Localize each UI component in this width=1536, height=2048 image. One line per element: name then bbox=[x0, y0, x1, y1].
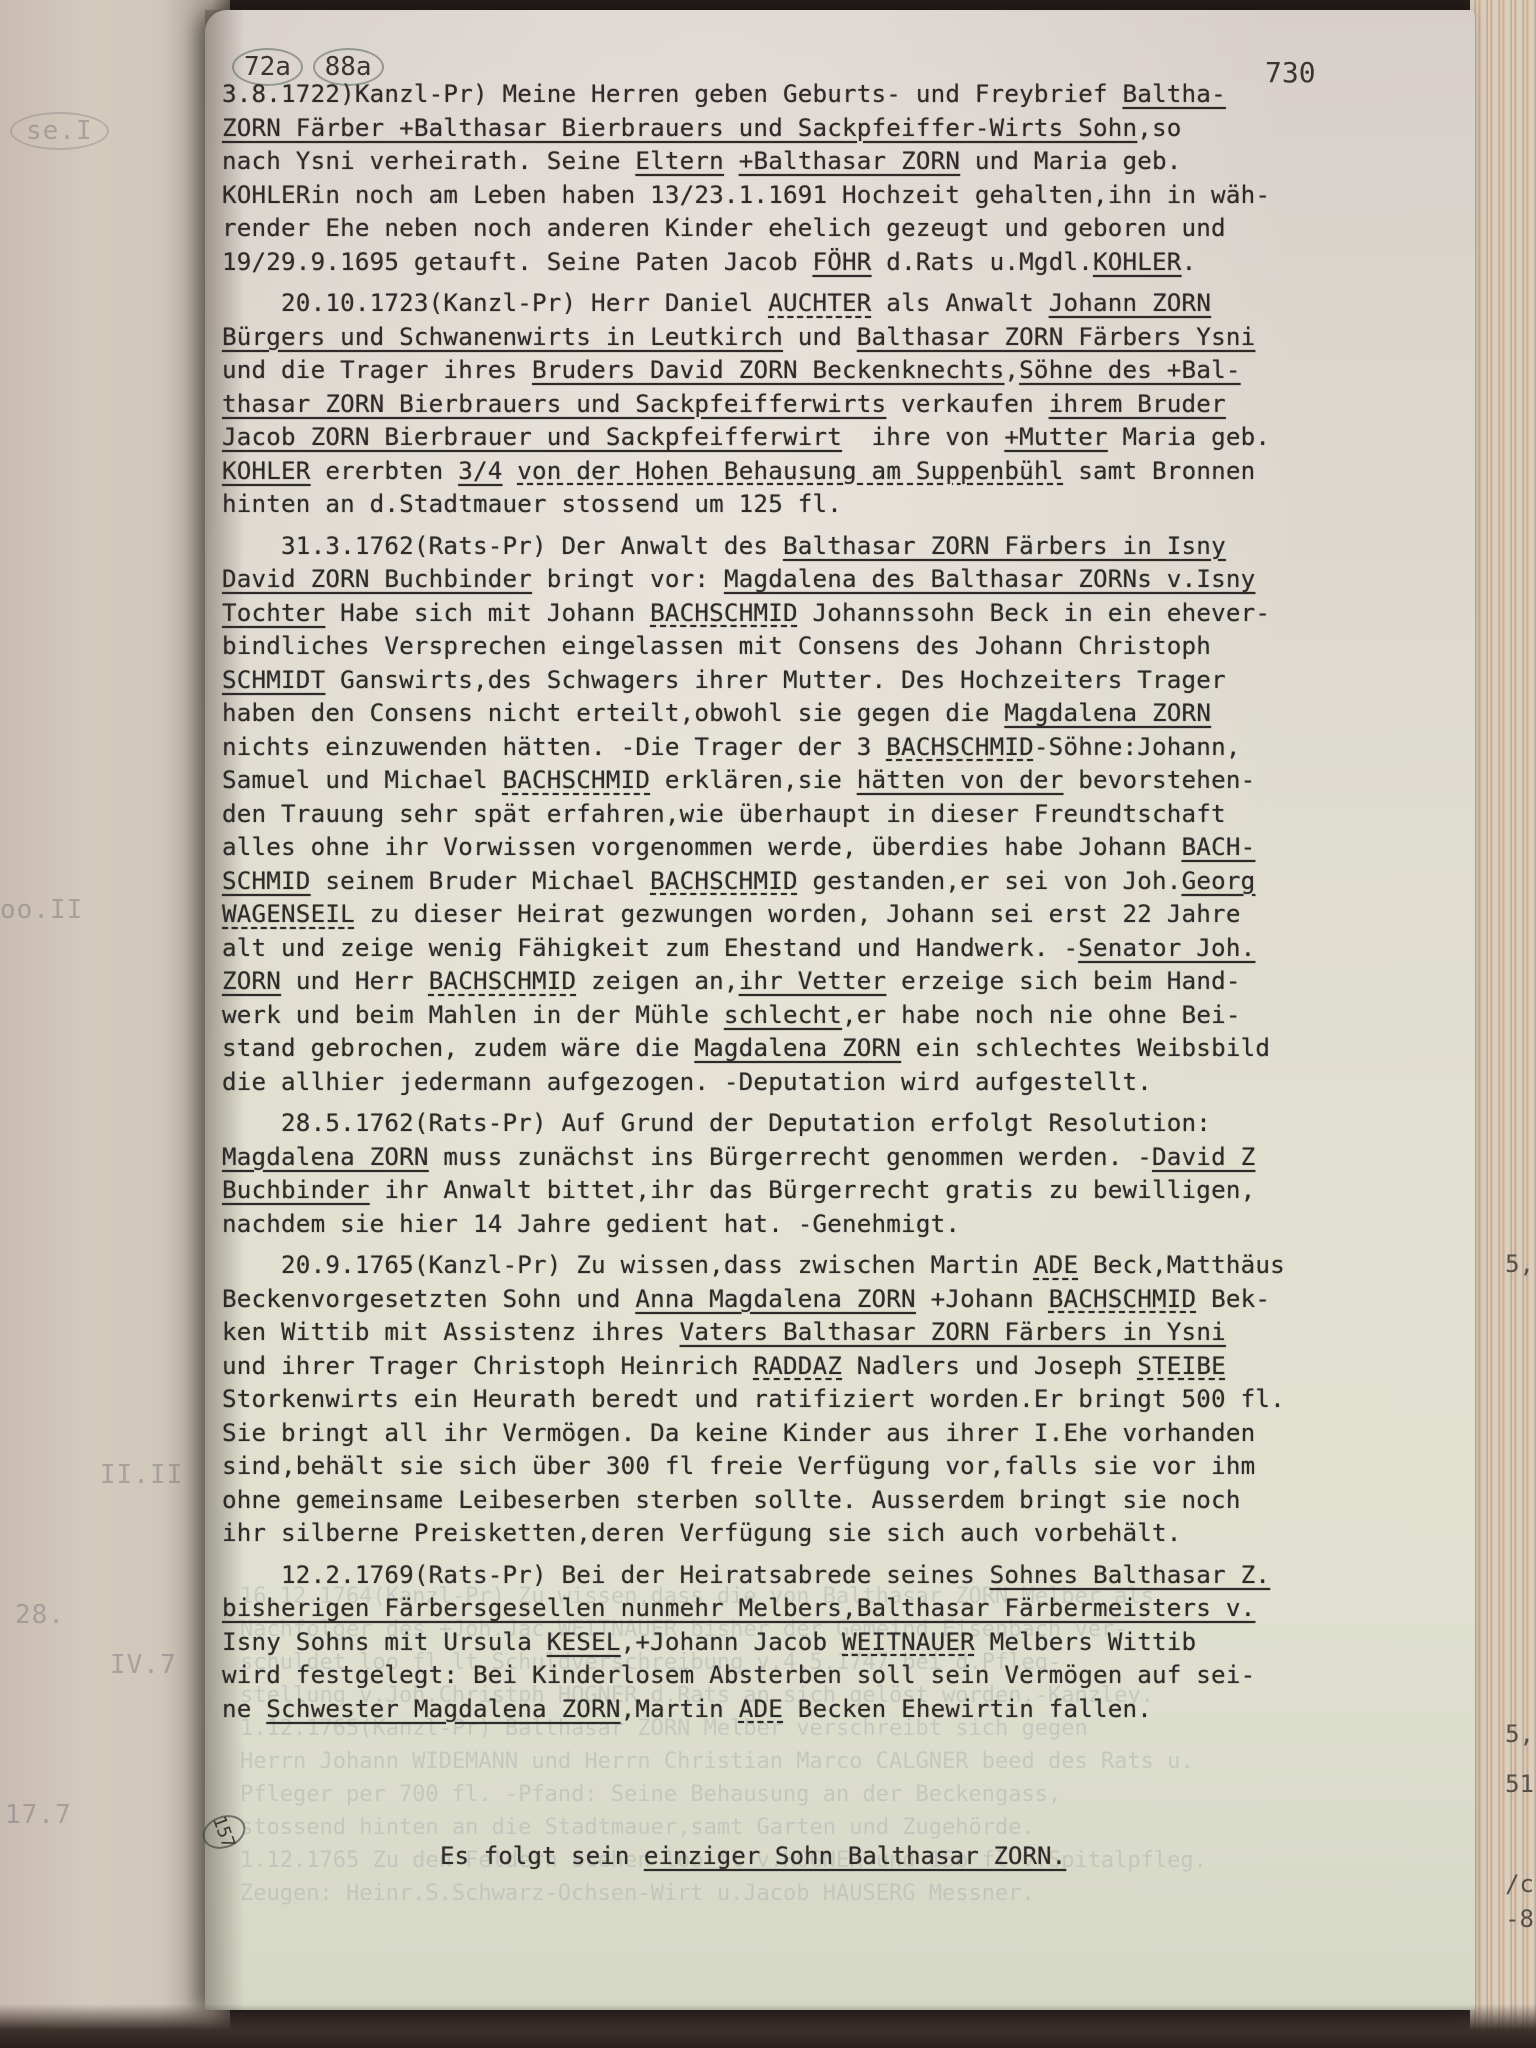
text-line: hinten an d.Stadtmauer stossend um 125 f… bbox=[222, 488, 1442, 522]
underlined-text: Balthasar ZORN Färbers Ysni bbox=[857, 323, 1256, 351]
text-run: haben den Consens nicht erteilt,obwohl s… bbox=[222, 699, 1004, 727]
dashed-underlined-text: AUCHTER bbox=[768, 289, 871, 317]
text-line: sind,behält sie sich über 300 fl freie V… bbox=[222, 1450, 1442, 1484]
text-run: ihre von bbox=[842, 423, 1004, 451]
text-line: Jacob ZORN Bierbrauer und Sackpfeifferwi… bbox=[222, 421, 1442, 455]
text-run: und bbox=[783, 323, 857, 351]
entry-paragraph-p5: 20.9.1765(Kanzl-Pr) Zu wissen,dass zwisc… bbox=[222, 1249, 1442, 1551]
underlined-text: Eltern bbox=[635, 147, 724, 175]
text-run: bringt vor: bbox=[532, 565, 724, 593]
text-line: die allhier jedermann aufgezogen. -Deput… bbox=[222, 1066, 1442, 1100]
text-line: ken Wittib mit Assistenz ihres Vaters Ba… bbox=[222, 1316, 1442, 1350]
underlined-text: SCHMIDT bbox=[222, 666, 325, 694]
dashed-underlined-text: von der Hohen Behausung am Suppenbühl bbox=[517, 457, 1063, 485]
text-run: Johannssohn Beck in ein ehever- bbox=[798, 599, 1270, 627]
text-line: SCHMIDT Ganswirts,des Schwagers ihrer Mu… bbox=[222, 664, 1442, 698]
text-run: Samuel und Michael bbox=[222, 766, 502, 794]
underlined-text: Bürgers und Schwanenwirts in Leutkirch bbox=[222, 323, 783, 351]
underlined-text: David ZORN Buchbinder bbox=[222, 565, 532, 593]
text-line: ihr silberne Preisketten,deren Verfügung… bbox=[222, 1517, 1442, 1551]
underlined-text: Schwester Magdalena ZORN bbox=[266, 1695, 620, 1723]
underlined-text: Jacob ZORN Bierbrauer und Sackpfeifferwi… bbox=[222, 423, 842, 451]
text-run: ihr silberne Preisketten,deren Verfügung… bbox=[222, 1519, 1182, 1547]
underlined-text: Senator Joh. bbox=[1078, 934, 1255, 962]
text-run: verkaufen bbox=[886, 390, 1048, 418]
text-run: alt und zeige wenig Fähigkeit zum Ehesta… bbox=[222, 934, 1078, 962]
right-edge-fragment: 5, bbox=[1505, 1720, 1534, 1748]
text-line: Buchbinder ihr Anwalt bittet,ihr das Bür… bbox=[222, 1174, 1442, 1208]
underlined-text: SCHMID bbox=[222, 867, 311, 895]
right-edge-fragment: 5, bbox=[1505, 1250, 1534, 1278]
text-run: Storkenwirts ein Heurath beredt und rati… bbox=[222, 1385, 1285, 1413]
text-run: den Trauung sehr spät erfahren,wie überh… bbox=[222, 800, 1226, 828]
underlined-text: FÖHR bbox=[812, 248, 871, 276]
text-line: nichts einzuwenden hätten. -Die Trager d… bbox=[222, 731, 1442, 765]
text-run: hinten an d.Stadtmauer stossend um 125 f… bbox=[222, 490, 842, 518]
underlined-text: ihrem Bruder bbox=[1049, 390, 1226, 418]
underlined-text: Tochter bbox=[222, 599, 325, 627]
dashed-underlined-text: WEITNAUER bbox=[842, 1628, 975, 1656]
underlined-text: bisherigen Färbersgesellen nunmehr Melbe… bbox=[222, 1594, 1255, 1622]
text-run: Bek- bbox=[1196, 1285, 1270, 1313]
underlined-text: KOHLER bbox=[1093, 248, 1182, 276]
text-run: ohne gemeinsame Leibeserben sterben soll… bbox=[222, 1486, 1241, 1514]
entry-paragraph-p4: 28.5.1762(Rats-Pr) Auf Grund der Deputat… bbox=[222, 1107, 1442, 1241]
right-edge-fragment: 51 bbox=[1505, 1770, 1534, 1798]
left-page-fragment: II.II bbox=[100, 1460, 183, 1490]
text-run: 19/29.9.1695 getauft. Seine Paten Jacob bbox=[222, 248, 812, 276]
text-line: ZORN Färber +Balthasar Bierbrauers und S… bbox=[222, 112, 1442, 146]
text-run: Isny Sohns mit Ursula bbox=[222, 1628, 547, 1656]
underlined-text: einziger Sohn Balthasar ZORN. bbox=[644, 1842, 1066, 1870]
left-facing-page: se.I oo.II II.II 28. IV.7 17.7 bbox=[0, 0, 230, 2048]
text-run: werk und beim Mahlen in der Mühle bbox=[222, 1001, 724, 1029]
text-line: Magdalena ZORN muss zunächst ins Bürgerr… bbox=[222, 1141, 1442, 1175]
text-run: und ihrer Trager Christoph Heinrich bbox=[222, 1352, 753, 1380]
underlined-text: Vaters Balthasar ZORN Färbers in Ysni bbox=[680, 1318, 1226, 1346]
underlined-text: Söhne des +Bal- bbox=[1019, 356, 1240, 384]
text-run: nach Ysni verheirath. Seine bbox=[222, 147, 635, 175]
text-run: +Johann bbox=[916, 1285, 1049, 1313]
entry-paragraph-p3: 31.3.1762(Rats-Pr) Der Anwalt des Baltha… bbox=[222, 530, 1442, 1100]
text-run: . bbox=[1182, 248, 1197, 276]
text-line: stand gebrochen, zudem wäre die Magdalen… bbox=[222, 1032, 1442, 1066]
text-run: nachdem sie hier 14 Jahre gedient hat. -… bbox=[222, 1210, 960, 1238]
underlined-text: KESEL bbox=[547, 1628, 621, 1656]
underlined-text: ihr Vetter bbox=[739, 967, 887, 995]
dashed-underlined-text: ADE bbox=[739, 1695, 783, 1723]
text-line: 20.9.1765(Kanzl-Pr) Zu wissen,dass zwisc… bbox=[222, 1249, 1442, 1283]
right-edge-fragment: /c bbox=[1505, 1870, 1534, 1898]
text-line: bisherigen Färbersgesellen nunmehr Melbe… bbox=[222, 1592, 1442, 1626]
text-line: Sie bringt all ihr Vermögen. Da keine Ki… bbox=[222, 1417, 1442, 1451]
entry-paragraph-p2: 20.10.1723(Kanzl-Pr) Herr Daniel AUCHTER… bbox=[222, 287, 1442, 522]
dashed-underlined-text: BACHSCHMID bbox=[650, 867, 798, 895]
text-run: Maria geb. bbox=[1108, 423, 1270, 451]
text-line: Samuel und Michael BACHSCHMID erklären,s… bbox=[222, 764, 1442, 798]
text-line: bindliches Versprechen eingelassen mit C… bbox=[222, 630, 1442, 664]
text-run: und Maria geb. bbox=[960, 147, 1181, 175]
scan-bottom-edge bbox=[0, 2004, 1536, 2048]
dashed-underlined-text: BACHSCHMID bbox=[1049, 1285, 1197, 1313]
text-line: den Trauung sehr spät erfahren,wie überh… bbox=[222, 798, 1442, 832]
underlined-text: David Z bbox=[1152, 1143, 1255, 1171]
text-run: 31.3.1762(Rats-Pr) Der Anwalt des bbox=[222, 532, 783, 560]
text-run: ,so bbox=[1137, 114, 1181, 142]
text-run: -Söhne:Johann, bbox=[1034, 733, 1241, 761]
entry-paragraph-p1: 3.8.1722)Kanzl-Pr) Meine Herren geben Ge… bbox=[222, 78, 1442, 279]
text-run: bevorstehen- bbox=[1063, 766, 1255, 794]
text-line: 31.3.1762(Rats-Pr) Der Anwalt des Baltha… bbox=[222, 530, 1442, 564]
underlined-text: Baltha- bbox=[1123, 80, 1226, 108]
text-line: 3.8.1722)Kanzl-Pr) Meine Herren geben Ge… bbox=[222, 78, 1442, 112]
dashed-underlined-text: BACHSCHMID bbox=[429, 967, 577, 995]
text-line: wird festgelegt: Bei Kinderlosem Absterb… bbox=[222, 1659, 1442, 1693]
text-run: Habe sich mit Johann bbox=[325, 599, 650, 627]
text-run: Becken Ehewirtin fallen. bbox=[783, 1695, 1152, 1723]
underlined-text: Magdalena ZORN bbox=[694, 1034, 901, 1062]
underlined-text: Balthasar ZORN Färbers in Isny bbox=[783, 532, 1226, 560]
text-run: muss zunächst ins Bürgerrecht genommen w… bbox=[429, 1143, 1152, 1171]
text-run bbox=[724, 147, 739, 175]
text-line: 28.5.1762(Rats-Pr) Auf Grund der Deputat… bbox=[222, 1107, 1442, 1141]
dashed-underlined-text: BACHSCHMID bbox=[886, 733, 1034, 761]
underlined-text: ZORN Färber +Balthasar Bierbrauers und S… bbox=[222, 114, 1137, 142]
text-run: Beck,Matthäus bbox=[1078, 1251, 1285, 1279]
text-run: 28.5.1762(Rats-Pr) Auf Grund der Deputat… bbox=[222, 1109, 1211, 1137]
dashed-underlined-text: STEIBE bbox=[1137, 1352, 1226, 1380]
underlined-text: +Mutter bbox=[1004, 423, 1107, 451]
underlined-text: Anna Magdalena ZORN bbox=[635, 1285, 915, 1313]
text-line: KOHLERin noch am Leben haben 13/23.1.169… bbox=[222, 179, 1442, 213]
text-run: erklären,sie bbox=[650, 766, 857, 794]
underlined-text: Johann ZORN bbox=[1049, 289, 1211, 317]
text-line: ne Schwester Magdalena ZORN,Martin ADE B… bbox=[222, 1693, 1442, 1727]
underlined-text: thasar ZORN Bierbrauers und Sackpfeiffer… bbox=[222, 390, 886, 418]
underlined-text: BACH- bbox=[1182, 833, 1256, 861]
left-page-fragment: IV.7 bbox=[110, 1650, 177, 1680]
text-line: Storkenwirts ein Heurath beredt und rati… bbox=[222, 1383, 1442, 1417]
left-page-fragment: se.I bbox=[10, 112, 109, 150]
right-page-edges: 5, 5, 51 /c -8 bbox=[1470, 0, 1536, 2048]
typescript-body: 3.8.1722)Kanzl-Pr) Meine Herren geben Ge… bbox=[222, 78, 1442, 1734]
text-line: nachdem sie hier 14 Jahre gedient hat. -… bbox=[222, 1208, 1442, 1242]
underlined-text: Magdalena ZORN bbox=[222, 1143, 429, 1171]
underlined-text: Sohnes Balthasar Z. bbox=[990, 1561, 1270, 1589]
dashed-underlined-text: ADE bbox=[1034, 1251, 1078, 1279]
text-line: und ihrer Trager Christoph Heinrich RADD… bbox=[222, 1350, 1442, 1384]
text-run: , bbox=[1004, 356, 1019, 384]
left-page-fragment: 17.7 bbox=[5, 1800, 72, 1830]
footer-note: Es folgt sein einziger Sohn Balthasar ZO… bbox=[440, 1842, 1066, 1870]
text-line: KOHLER ererbten 3/4 von der Hohen Behaus… bbox=[222, 455, 1442, 489]
text-run: gestanden,er sei von Joh. bbox=[798, 867, 1182, 895]
text-run: die allhier jedermann aufgezogen. -Deput… bbox=[222, 1068, 1152, 1096]
underlined-text: KOHLER bbox=[222, 457, 311, 485]
text-line: werk und beim Mahlen in der Mühle schlec… bbox=[222, 999, 1442, 1033]
underlined-text: Georg bbox=[1182, 867, 1256, 895]
underlined-text: hätten von der bbox=[857, 766, 1064, 794]
text-run: sind,behält sie sich über 300 fl freie V… bbox=[222, 1452, 1255, 1480]
text-line: Tochter Habe sich mit Johann BACHSCHMID … bbox=[222, 597, 1442, 631]
text-line: und die Trager ihres Bruders David ZORN … bbox=[222, 354, 1442, 388]
entry-paragraph-p6: 12.2.1769(Rats-Pr) Bei der Heiratsabrede… bbox=[222, 1559, 1442, 1727]
text-line: SCHMID seinem Bruder Michael BACHSCHMID … bbox=[222, 865, 1442, 899]
scanned-book-spread: se.I oo.II II.II 28. IV.7 17.7 5, 5, 51 … bbox=[0, 0, 1536, 2048]
underlined-text: ZORN bbox=[222, 967, 281, 995]
text-run: erzeige sich beim Hand- bbox=[886, 967, 1240, 995]
text-line: ohne gemeinsame Leibeserben sterben soll… bbox=[222, 1484, 1442, 1518]
text-line: haben den Consens nicht erteilt,obwohl s… bbox=[222, 697, 1442, 731]
underlined-text: Bruders David ZORN Beckenknechts bbox=[532, 356, 1004, 384]
text-run: ihr Anwalt bittet,ihr das Bürgerrecht gr… bbox=[370, 1176, 1256, 1204]
text-run: ererbten bbox=[311, 457, 459, 485]
text-line: thasar ZORN Bierbrauers und Sackpfeiffer… bbox=[222, 388, 1442, 422]
right-edge-fragment: -8 bbox=[1505, 1905, 1534, 1933]
text-run: und Herr bbox=[281, 967, 429, 995]
text-run: ne bbox=[222, 1695, 266, 1723]
text-run: 20.10.1723(Kanzl-Pr) Herr Daniel bbox=[222, 289, 768, 317]
text-line: 20.10.1723(Kanzl-Pr) Herr Daniel AUCHTER… bbox=[222, 287, 1442, 321]
text-run: alles ohne ihr Vorwissen vorgenommen wer… bbox=[222, 833, 1182, 861]
text-line: ZORN und Herr BACHSCHMID zeigen an,ihr V… bbox=[222, 965, 1442, 999]
text-run: Es folgt sein bbox=[440, 1842, 644, 1870]
text-line: David ZORN Buchbinder bringt vor: Magdal… bbox=[222, 563, 1442, 597]
text-run: 3.8.1722)Kanzl-Pr) Meine Herren geben Ge… bbox=[222, 80, 1123, 108]
text-run: bindliches Versprechen eingelassen mit C… bbox=[222, 632, 1211, 660]
text-run: seinem Bruder Michael bbox=[311, 867, 651, 895]
text-line: 12.2.1769(Rats-Pr) Bei der Heiratsabrede… bbox=[222, 1559, 1442, 1593]
text-run: zeigen an, bbox=[576, 967, 738, 995]
text-run: render Ehe neben noch anderen Kinder ehe… bbox=[222, 214, 1226, 242]
dashed-underlined-text: RADDAZ bbox=[753, 1352, 842, 1380]
underlined-text: +Balthasar ZORN bbox=[739, 147, 960, 175]
underlined-text: 3/4 bbox=[458, 457, 502, 485]
text-run: d.Rats u.Mgdl. bbox=[872, 248, 1093, 276]
text-run: zu dieser Heirat gezwungen worden, Johan… bbox=[355, 900, 1241, 928]
text-line: nach Ysni verheirath. Seine Eltern +Balt… bbox=[222, 145, 1442, 179]
underlined-text: Magdalena ZORN bbox=[1004, 699, 1211, 727]
left-page-fragment: oo.II bbox=[0, 895, 83, 925]
text-run bbox=[503, 457, 518, 485]
text-run: ein schlechtes Weibsbild bbox=[901, 1034, 1270, 1062]
text-run: Melbers Wittib bbox=[975, 1628, 1196, 1656]
dashed-underlined-text: WAGENSEIL bbox=[222, 900, 355, 928]
underlined-text: Buchbinder bbox=[222, 1176, 370, 1204]
text-run: samt Bronnen bbox=[1063, 457, 1255, 485]
text-run: ,+Johann Jacob bbox=[621, 1628, 842, 1656]
text-line: alles ohne ihr Vorwissen vorgenommen wer… bbox=[222, 831, 1442, 865]
underlined-text: schlecht bbox=[724, 1001, 842, 1029]
text-line: render Ehe neben noch anderen Kinder ehe… bbox=[222, 212, 1442, 246]
dashed-underlined-text: BACHSCHMID bbox=[650, 599, 798, 627]
text-run: Ganswirts,des Schwagers ihrer Mutter. De… bbox=[325, 666, 1226, 694]
text-line: Beckenvorgesetzten Sohn und Anna Magdale… bbox=[222, 1283, 1442, 1317]
text-line: WAGENSEIL zu dieser Heirat gezwungen wor… bbox=[222, 898, 1442, 932]
text-line: Bürgers und Schwanenwirts in Leutkirch u… bbox=[222, 321, 1442, 355]
text-run: Beckenvorgesetzten Sohn und bbox=[222, 1285, 635, 1313]
text-line: alt und zeige wenig Fähigkeit zum Ehesta… bbox=[222, 932, 1442, 966]
text-run: Sie bringt all ihr Vermögen. Da keine Ki… bbox=[222, 1419, 1255, 1447]
text-run: ,Martin bbox=[621, 1695, 739, 1723]
left-page-fragment: 28. bbox=[15, 1600, 65, 1630]
text-line: 19/29.9.1695 getauft. Seine Paten Jacob … bbox=[222, 246, 1442, 280]
text-run: stand gebrochen, zudem wäre die bbox=[222, 1034, 694, 1062]
dashed-underlined-text: BACHSCHMID bbox=[502, 766, 650, 794]
text-run: ken Wittib mit Assistenz ihres bbox=[222, 1318, 680, 1346]
text-run: KOHLERin noch am Leben haben 13/23.1.169… bbox=[222, 181, 1270, 209]
text-run: als Anwalt bbox=[872, 289, 1049, 317]
margin-stamp-number: 157 bbox=[209, 1813, 240, 1851]
text-run: und die Trager ihres bbox=[222, 356, 532, 384]
text-run: wird festgelegt: Bei Kinderlosem Absterb… bbox=[222, 1661, 1255, 1689]
text-run: nichts einzuwenden hätten. -Die Trager d… bbox=[222, 733, 886, 761]
text-run: 12.2.1769(Rats-Pr) Bei der Heiratsabrede… bbox=[222, 1561, 990, 1589]
text-run: 20.9.1765(Kanzl-Pr) Zu wissen,dass zwisc… bbox=[222, 1251, 1034, 1279]
underlined-text: Magdalena des Balthasar ZORNs v.Isny bbox=[724, 565, 1255, 593]
text-run: Nadlers und Joseph bbox=[842, 1352, 1137, 1380]
text-run: ,er habe noch nie ohne Bei- bbox=[842, 1001, 1241, 1029]
text-line: Isny Sohns mit Ursula KESEL,+Johann Jaco… bbox=[222, 1626, 1442, 1660]
